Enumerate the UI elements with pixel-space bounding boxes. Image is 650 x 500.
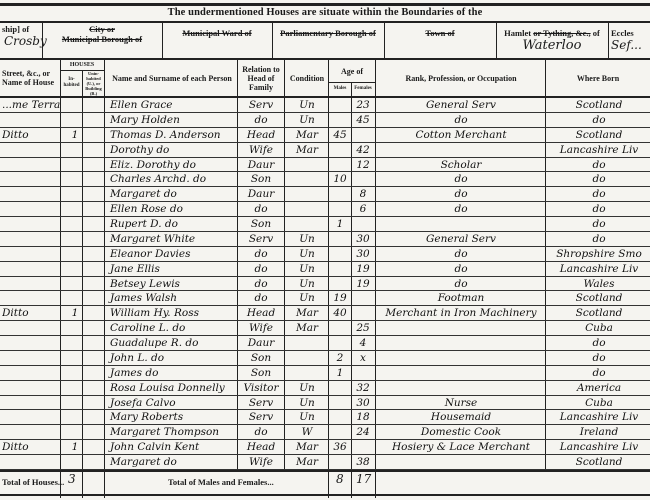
street-cell: [2, 455, 60, 470]
birthplace-cell: Scotland: [548, 455, 650, 470]
header-eccles-value: Sef...: [611, 38, 650, 52]
name-cell: Margaret do: [107, 455, 240, 470]
name-cell: Rupert D. do: [107, 217, 240, 232]
col-header-age: Age of: [329, 60, 375, 82]
birthplace-cell: do: [548, 202, 650, 217]
relation-cell: do: [238, 425, 284, 440]
occupation-cell: do: [378, 172, 544, 187]
totals-row: Total of Houses... 3 Total of Males and …: [0, 471, 650, 493]
col-header-males: Males: [329, 84, 351, 94]
street-cell: [2, 381, 60, 396]
male-age-cell: 36: [330, 440, 350, 455]
inhabited-cell: [64, 396, 86, 411]
occupation-cell: do: [378, 187, 544, 202]
male-age-cell: [330, 262, 350, 277]
table-row: James WalshdoUn19FootmanScotland: [0, 291, 650, 306]
hamlet-label-plain: Hamlet: [504, 28, 531, 38]
occupation-cell: [378, 321, 544, 336]
col-header-name: Name and Surname of each Person: [107, 60, 237, 96]
table-row: Eliz. Dorothy doDaur12Scholardo: [0, 158, 650, 173]
occupation-cell: Domestic Cook: [378, 425, 544, 440]
birthplace-cell: Scotland: [548, 98, 650, 113]
header-town: Town of: [384, 22, 497, 58]
street-cell: ...me Terrace: [2, 98, 60, 113]
inhabited-cell: [64, 217, 86, 232]
birthplace-cell: Ireland: [548, 425, 650, 440]
inhabited-cell: [64, 410, 86, 425]
name-cell: Ellen Grace: [107, 98, 240, 113]
header-parish-label: ship] of: [0, 24, 42, 34]
occupation-cell: [378, 336, 544, 351]
relation-cell: do: [238, 277, 284, 292]
condition-cell: Un: [287, 396, 327, 411]
table-row: John L. doSon2xdo: [0, 351, 650, 366]
birthplace-cell: do: [548, 158, 650, 173]
street-cell: [2, 366, 60, 381]
street-cell: [2, 262, 60, 277]
condition-cell: Un: [287, 247, 327, 262]
col-header-born: Where Born: [546, 60, 650, 96]
header-town-label: Town of: [384, 28, 496, 38]
female-age-cell: 42: [352, 143, 374, 158]
condition-cell: Un: [287, 410, 327, 425]
street-cell: [2, 351, 60, 366]
female-age-cell: [352, 172, 374, 187]
relation-cell: Daur: [238, 336, 284, 351]
condition-cell: Un: [287, 98, 327, 113]
name-cell: Charles Archd. do: [107, 172, 240, 187]
table-row: Mary RobertsServUn18HousemaidLancashire …: [0, 410, 650, 425]
condition-cell: Mar: [287, 455, 327, 470]
table-row: Margaret ThompsondoW24Domestic CookIrela…: [0, 425, 650, 440]
birthplace-cell: do: [548, 187, 650, 202]
inhabited-cell: [64, 202, 86, 217]
name-cell: William Hy. Ross: [107, 306, 240, 321]
name-cell: Eleanor Davies: [107, 247, 240, 262]
occupation-cell: Hosiery & Lace Merchant: [378, 440, 544, 455]
table-row: Josefa CalvoServUn30NurseCuba: [0, 396, 650, 411]
female-age-cell: 19: [352, 277, 374, 292]
condition-cell: [287, 217, 327, 232]
header-city: City or Municipal Borough of: [42, 22, 163, 58]
birthplace-cell: Scotland: [548, 291, 650, 306]
occupation-cell: [378, 381, 544, 396]
male-age-cell: [330, 158, 350, 173]
header-parl-borough: Parliamentary Borough of: [272, 22, 385, 58]
divider: [0, 494, 650, 496]
condition-cell: [287, 187, 327, 202]
male-age-cell: [330, 187, 350, 202]
street-cell: [2, 396, 60, 411]
relation-cell: Son: [238, 172, 284, 187]
male-age-cell: 45: [330, 128, 350, 143]
street-cell: [2, 336, 60, 351]
header-ward: Municipal Ward of: [162, 22, 273, 58]
street-cell: [2, 113, 60, 128]
female-age-cell: 32: [352, 381, 374, 396]
occupation-cell: [378, 455, 544, 470]
occupation-cell: do: [378, 277, 544, 292]
occupation-cell: [378, 143, 544, 158]
female-age-cell: 23: [352, 98, 374, 113]
name-cell: James do: [107, 366, 240, 381]
relation-cell: Head: [238, 128, 284, 143]
inhabited-cell: [64, 381, 86, 396]
name-cell: Guadalupe R. do: [107, 336, 240, 351]
inhabited-cell: [64, 232, 86, 247]
inhabited-cell: 1: [64, 306, 86, 321]
header-hamlet-label: Hamlet or Tything, &c., of: [496, 28, 608, 38]
name-cell: Rosa Louisa Donnelly: [107, 381, 240, 396]
condition-cell: Un: [287, 232, 327, 247]
header-hamlet-value: Waterloo: [496, 38, 608, 53]
condition-cell: Un: [287, 381, 327, 396]
condition-cell: [287, 172, 327, 187]
birthplace-cell: Cuba: [548, 321, 650, 336]
hamlet-label-struck: or Tything, &c.,: [533, 28, 590, 38]
table-row: Ellen Rose dodo6dodo: [0, 202, 650, 217]
occupation-cell: [378, 366, 544, 381]
name-cell: Mary Holden: [107, 113, 240, 128]
street-cell: [2, 172, 60, 187]
table-row: Ditto1William Hy. RossHeadMar40Merchant …: [0, 306, 650, 321]
male-age-cell: [330, 232, 350, 247]
male-age-cell: [330, 425, 350, 440]
female-age-cell: 38: [352, 455, 374, 470]
occupation-cell: Footman: [378, 291, 544, 306]
table-row: Caroline L. doWifeMar25Cuba: [0, 321, 650, 336]
occupation-cell: Nurse: [378, 396, 544, 411]
birthplace-cell: Shropshire Smo: [548, 247, 650, 262]
birthplace-cell: do: [548, 172, 650, 187]
name-cell: Ellen Rose do: [107, 202, 240, 217]
relation-cell: Serv: [238, 98, 284, 113]
condition-cell: Mar: [287, 306, 327, 321]
name-cell: Jane Ellis: [107, 262, 240, 277]
birthplace-cell: do: [548, 113, 650, 128]
page-banner: The undermentioned Houses are situate wi…: [0, 7, 650, 18]
male-age-cell: 40: [330, 306, 350, 321]
relation-cell: Visitor: [238, 381, 284, 396]
male-age-cell: 1: [330, 217, 350, 232]
table-row: Mary HoldendoUn45dodo: [0, 113, 650, 128]
occupation-cell: do: [378, 262, 544, 277]
inhabited-cell: 1: [64, 440, 86, 455]
male-age-cell: [330, 277, 350, 292]
street-cell: Ditto: [2, 128, 60, 143]
condition-cell: [287, 351, 327, 366]
inhabited-cell: [64, 187, 86, 202]
occupation-cell: General Serv: [378, 232, 544, 247]
inhabited-cell: [64, 277, 86, 292]
relation-cell: Daur: [238, 158, 284, 173]
name-cell: Josefa Calvo: [107, 396, 240, 411]
header-hamlet: Hamlet or Tything, &c., of Waterloo: [496, 22, 609, 58]
header-parish: ship] of Crosby: [0, 22, 43, 58]
condition-cell: Mar: [287, 128, 327, 143]
relation-cell: do: [238, 202, 284, 217]
inhabited-cell: [64, 262, 86, 277]
inhabited-cell: [64, 143, 86, 158]
birthplace-cell: Scotland: [548, 128, 650, 143]
inhabited-cell: [64, 113, 86, 128]
header-parish-value: Crosby: [0, 34, 42, 48]
relation-cell: Wife: [238, 455, 284, 470]
condition-cell: Mar: [287, 440, 327, 455]
street-cell: [2, 217, 60, 232]
inhabited-cell: [64, 291, 86, 306]
col-header-houses: HOUSES: [61, 60, 103, 70]
relation-cell: Son: [238, 217, 284, 232]
col-header-occupation: Rank, Profession, or Occupation: [376, 60, 546, 96]
relation-cell: Serv: [238, 410, 284, 425]
relation-cell: Son: [238, 351, 284, 366]
female-age-cell: [352, 291, 374, 306]
male-age-cell: [330, 247, 350, 262]
female-age-cell: x: [352, 351, 374, 366]
male-age-cell: [330, 98, 350, 113]
col-header-females: Females: [352, 84, 374, 94]
name-cell: Caroline L. do: [107, 321, 240, 336]
table-row: Rosa Louisa DonnellyVisitorUn32America: [0, 381, 650, 396]
birthplace-cell: Lancashire Liv: [548, 143, 650, 158]
header-eccles-label: Eccles: [611, 28, 650, 38]
occupation-cell: Housemaid: [378, 410, 544, 425]
inhabited-cell: [64, 247, 86, 262]
male-age-cell: [330, 455, 350, 470]
male-age-cell: [330, 410, 350, 425]
female-age-cell: [352, 128, 374, 143]
female-age-cell: [352, 366, 374, 381]
street-cell: [2, 187, 60, 202]
relation-cell: do: [238, 291, 284, 306]
female-age-cell: 30: [352, 396, 374, 411]
table-row: Charles Archd. doSon10dodo: [0, 172, 650, 187]
male-age-cell: [330, 202, 350, 217]
condition-cell: Mar: [287, 143, 327, 158]
col-header-street: Street, &c., or Name of House: [0, 60, 62, 96]
col-header-relation: Relation to Head of Family: [238, 60, 284, 96]
birthplace-cell: Lancashire Liv: [548, 262, 650, 277]
name-cell: Margaret Thompson: [107, 425, 240, 440]
name-cell: Dorothy do: [107, 143, 240, 158]
relation-cell: Head: [238, 440, 284, 455]
male-age-cell: [330, 143, 350, 158]
occupation-cell: General Serv: [378, 98, 544, 113]
condition-cell: Un: [287, 113, 327, 128]
female-age-cell: 30: [352, 232, 374, 247]
female-age-cell: 8: [352, 187, 374, 202]
relation-cell: Wife: [238, 321, 284, 336]
condition-cell: Un: [287, 277, 327, 292]
street-cell: [2, 247, 60, 262]
male-age-cell: [330, 396, 350, 411]
condition-cell: Mar: [287, 321, 327, 336]
inhabited-cell: [64, 336, 86, 351]
male-age-cell: [330, 113, 350, 128]
female-age-cell: [352, 217, 374, 232]
table-row: Betsey LewisdoUn19doWales: [0, 277, 650, 292]
total-persons-label: Total of Males and Females...: [168, 477, 274, 487]
condition-cell: Un: [287, 291, 327, 306]
street-cell: [2, 425, 60, 440]
street-cell: [2, 277, 60, 292]
table-row: Margaret doWifeMar38Scotland: [0, 455, 650, 470]
inhabited-cell: [64, 366, 86, 381]
name-cell: Mary Roberts: [107, 410, 240, 425]
header-parl-borough-label: Parliamentary Borough of: [272, 28, 384, 38]
street-cell: [2, 291, 60, 306]
birthplace-cell: do: [548, 336, 650, 351]
street-cell: [2, 202, 60, 217]
inhabited-cell: [64, 158, 86, 173]
table-row: Jane EllisdoUn19doLancashire Liv: [0, 262, 650, 277]
occupation-cell: Cotton Merchant: [378, 128, 544, 143]
occupation-cell: do: [378, 113, 544, 128]
relation-cell: Daur: [238, 187, 284, 202]
relation-cell: do: [238, 113, 284, 128]
birthplace-cell: do: [548, 366, 650, 381]
street-cell: Ditto: [2, 440, 60, 455]
name-cell: Margaret do: [107, 187, 240, 202]
birthplace-cell: do: [548, 232, 650, 247]
table-row: James doSon1do: [0, 366, 650, 381]
total-females-value: 17: [356, 472, 371, 486]
condition-cell: [287, 202, 327, 217]
inhabited-cell: [64, 351, 86, 366]
header-city-label2: Municipal Borough of: [42, 34, 162, 44]
female-age-cell: 24: [352, 425, 374, 440]
name-cell: John L. do: [107, 351, 240, 366]
male-age-cell: [330, 381, 350, 396]
divider: [328, 82, 375, 83]
female-age-cell: 12: [352, 158, 374, 173]
condition-cell: [287, 336, 327, 351]
male-age-cell: 10: [330, 172, 350, 187]
birthplace-cell: do: [548, 351, 650, 366]
relation-cell: do: [238, 247, 284, 262]
header-ecclesiastical: Eccles Sef...: [608, 22, 650, 58]
street-cell: Ditto: [2, 306, 60, 321]
male-age-cell: [330, 321, 350, 336]
table-row: Margaret WhiteServUn30General Servdo: [0, 232, 650, 247]
table-row: Guadalupe R. doDaur4do: [0, 336, 650, 351]
male-age-cell: 2: [330, 351, 350, 366]
col-header-inhabited: In-habited: [61, 72, 82, 94]
inhabited-cell: [64, 321, 86, 336]
total-males-value: 8: [336, 472, 344, 486]
relation-cell: Serv: [238, 396, 284, 411]
top-rule: [0, 3, 650, 6]
birthplace-cell: Lancashire Liv: [548, 410, 650, 425]
occupation-cell: [378, 351, 544, 366]
name-cell: Betsey Lewis: [107, 277, 240, 292]
condition-cell: [287, 158, 327, 173]
condition-cell: [287, 366, 327, 381]
condition-cell: Un: [287, 262, 327, 277]
inhabited-cell: [64, 172, 86, 187]
street-cell: [2, 232, 60, 247]
name-cell: Eliz. Dorothy do: [107, 158, 240, 173]
street-cell: [2, 143, 60, 158]
female-age-cell: 25: [352, 321, 374, 336]
occupation-cell: Scholar: [378, 158, 544, 173]
divider: [60, 70, 104, 71]
female-age-cell: 4: [352, 336, 374, 351]
header-ward-label: Municipal Ward of: [162, 28, 272, 38]
name-cell: Thomas D. Anderson: [107, 128, 240, 143]
table-row: Eleanor DaviesdoUn30doShropshire Smo: [0, 247, 650, 262]
name-cell: John Calvin Kent: [107, 440, 240, 455]
occupation-cell: [378, 217, 544, 232]
table-row: Rupert D. doSon1do: [0, 217, 650, 232]
birthplace-cell: do: [548, 217, 650, 232]
col-header-condition: Condition: [285, 60, 329, 96]
birthplace-cell: America: [548, 381, 650, 396]
inhabited-cell: [64, 425, 86, 440]
female-age-cell: 6: [352, 202, 374, 217]
female-age-cell: 30: [352, 247, 374, 262]
table-row: Margaret doDaur8dodo: [0, 187, 650, 202]
hamlet-label-end: of: [593, 28, 600, 38]
relation-cell: Son: [238, 366, 284, 381]
relation-cell: Wife: [238, 143, 284, 158]
female-age-cell: [352, 306, 374, 321]
street-cell: [2, 158, 60, 173]
relation-cell: Serv: [238, 232, 284, 247]
col-header-uninhabited: Unin-habited (U.), or Building (B.): [83, 70, 104, 96]
name-cell: Margaret White: [107, 232, 240, 247]
female-age-cell: [352, 440, 374, 455]
female-age-cell: 18: [352, 410, 374, 425]
table-row: Ditto1John Calvin KentHeadMar36Hosiery &…: [0, 440, 650, 455]
street-cell: [2, 410, 60, 425]
male-age-cell: [330, 336, 350, 351]
birthplace-cell: Lancashire Liv: [548, 440, 650, 455]
female-age-cell: 45: [352, 113, 374, 128]
inhabited-cell: [64, 455, 86, 470]
inhabited-cell: 1: [64, 128, 86, 143]
inhabited-cell: [64, 98, 86, 113]
occupation-cell: do: [378, 247, 544, 262]
relation-cell: do: [238, 262, 284, 277]
male-age-cell: 19: [330, 291, 350, 306]
condition-cell: W: [287, 425, 327, 440]
total-houses-label: Total of Houses...: [2, 477, 64, 487]
table-row: Dorothy doWifeMar42Lancashire Liv: [0, 143, 650, 158]
total-houses-value: 3: [68, 472, 76, 486]
name-cell: James Walsh: [107, 291, 240, 306]
female-age-cell: 19: [352, 262, 374, 277]
header-city-label1: City or: [42, 24, 162, 34]
birthplace-cell: Wales: [548, 277, 650, 292]
birthplace-cell: Scotland: [548, 306, 650, 321]
male-age-cell: 1: [330, 366, 350, 381]
occupation-cell: do: [378, 202, 544, 217]
table-row: Ditto1Thomas D. AndersonHeadMar45Cotton …: [0, 128, 650, 143]
relation-cell: Head: [238, 306, 284, 321]
occupation-cell: Merchant in Iron Machinery: [378, 306, 544, 321]
birthplace-cell: Cuba: [548, 396, 650, 411]
table-row: ...me TerraceEllen GraceServUn23General …: [0, 98, 650, 113]
census-page: The undermentioned Houses are situate wi…: [0, 0, 650, 500]
street-cell: [2, 321, 60, 336]
